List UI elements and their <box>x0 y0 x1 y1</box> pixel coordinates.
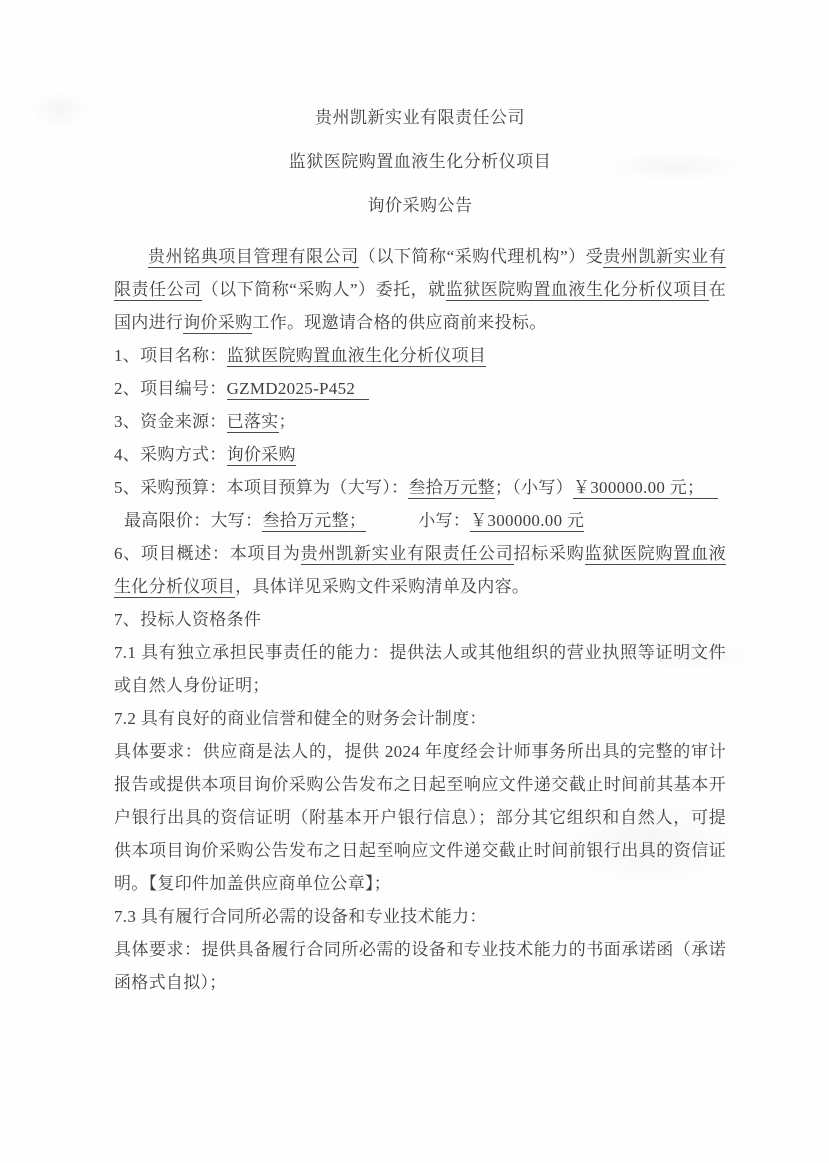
price-cap-amount-words: 叁拾万元整； <box>262 511 366 532</box>
budget-lead-text: 本项目预算为（大写）： <box>227 478 409 497</box>
overview-lead-text: 本项目为 <box>230 544 301 563</box>
item-label: 4、采购方式： <box>114 445 227 464</box>
agency-name: 贵州铭典项目管理有限公司 <box>148 247 359 268</box>
qualification-7-1: 7.1 具有独立承担民事责任的能力：提供法人或其他组织的营业执照等证明文件或自然… <box>114 636 726 702</box>
intro-text: （以下简称“采购代理机构”）受 <box>359 247 604 266</box>
project-name-value: 监狱医院购置血液生化分析仪项目 <box>227 346 487 367</box>
project-name: 监狱医院购置血液生化分析仪项目 <box>446 280 709 301</box>
qualification-7-3-detail: 具体要求：提供具备履行合同所必需的设备和专业技术能力的书面承诺函（承诺函格式自拟… <box>114 933 726 999</box>
price-cap-label: 最高限价： <box>124 511 211 530</box>
project-number-value: GZMD2025-P452 <box>227 379 370 400</box>
punctuation: ； <box>279 412 296 431</box>
budget-amount-words: 叁拾万元整 <box>408 478 495 499</box>
intro-text: 工作。现邀请合格的供应商前来投标。 <box>252 313 546 332</box>
overview-tail-text: ，具体详见采购文件采购清单及内容。 <box>235 577 529 596</box>
doc-title-company: 贵州凯新实业有限责任公司 <box>114 108 726 128</box>
item-label: 1、项目名称： <box>114 346 227 365</box>
overview-mid-text: 招标采购 <box>514 544 585 563</box>
intro-paragraph: 贵州铭典项目管理有限公司（以下简称“采购代理机构”）受贵州凯新实业有限责任公司（… <box>114 240 726 339</box>
qualification-7-3: 7.3 具有履行合同所必需的设备和专业技术能力： <box>114 900 726 933</box>
document-page: 贵州凯新实业有限责任公司 监狱医院购置血液生化分析仪项目 询价采购公告 贵州铭典… <box>114 0 726 999</box>
procurement-method-value: 询价采购 <box>227 445 296 466</box>
price-cap-figures-label: 小写： <box>418 511 470 530</box>
intro-text: （以下简称“采购人”）委托，就 <box>202 280 446 299</box>
doc-title-project: 监狱医院购置血液生化分析仪项目 <box>114 152 726 172</box>
scan-artifact <box>30 90 90 130</box>
item-funding-source: 3、资金来源：已落实； <box>114 405 726 438</box>
item-label: 2、项目编号： <box>114 379 227 398</box>
price-cap-words-label: 大写： <box>211 511 263 530</box>
item-price-cap: 最高限价：大写：叁拾万元整；小写：￥300000.00 元 <box>114 504 726 537</box>
procurement-method: 询价采购 <box>183 313 252 334</box>
item-label: 5、采购预算： <box>114 478 227 497</box>
price-cap-amount-figures: ￥300000.00 元 <box>470 511 584 532</box>
overview-purchaser-name: 贵州凯新实业有限责任公司 <box>301 544 514 565</box>
item-project-number: 2、项目编号：GZMD2025-P452 <box>114 372 726 405</box>
budget-amount-figures: ￥300000.00 元； <box>573 478 718 499</box>
item-procurement-method: 4、采购方式：询价采购 <box>114 438 726 471</box>
doc-title-type: 询价采购公告 <box>114 196 726 216</box>
qualification-7-2: 7.2 具有良好的商业信誉和健全的财务会计制度： <box>114 702 726 735</box>
item-budget: 5、采购预算：本项目预算为（大写）：叁拾万元整；（小写）￥300000.00 元… <box>114 471 726 504</box>
funding-source-value: 已落实 <box>227 412 279 433</box>
item-project-name: 1、项目名称：监狱医院购置血液生化分析仪项目 <box>114 339 726 372</box>
item-label: 3、资金来源： <box>114 412 227 431</box>
item-label: 6、项目概述： <box>114 544 230 563</box>
qualification-heading: 7、投标人资格条件 <box>114 603 726 636</box>
budget-mid-text: ；（小写） <box>495 478 573 497</box>
qualification-7-2-detail: 具体要求：供应商是法人的，提供 2024 年度经会计师事务所出具的完整的审计报告… <box>114 735 726 900</box>
item-overview: 6、项目概述：本项目为贵州凯新实业有限责任公司招标采购监狱医院购置血液生化分析仪… <box>114 537 726 603</box>
